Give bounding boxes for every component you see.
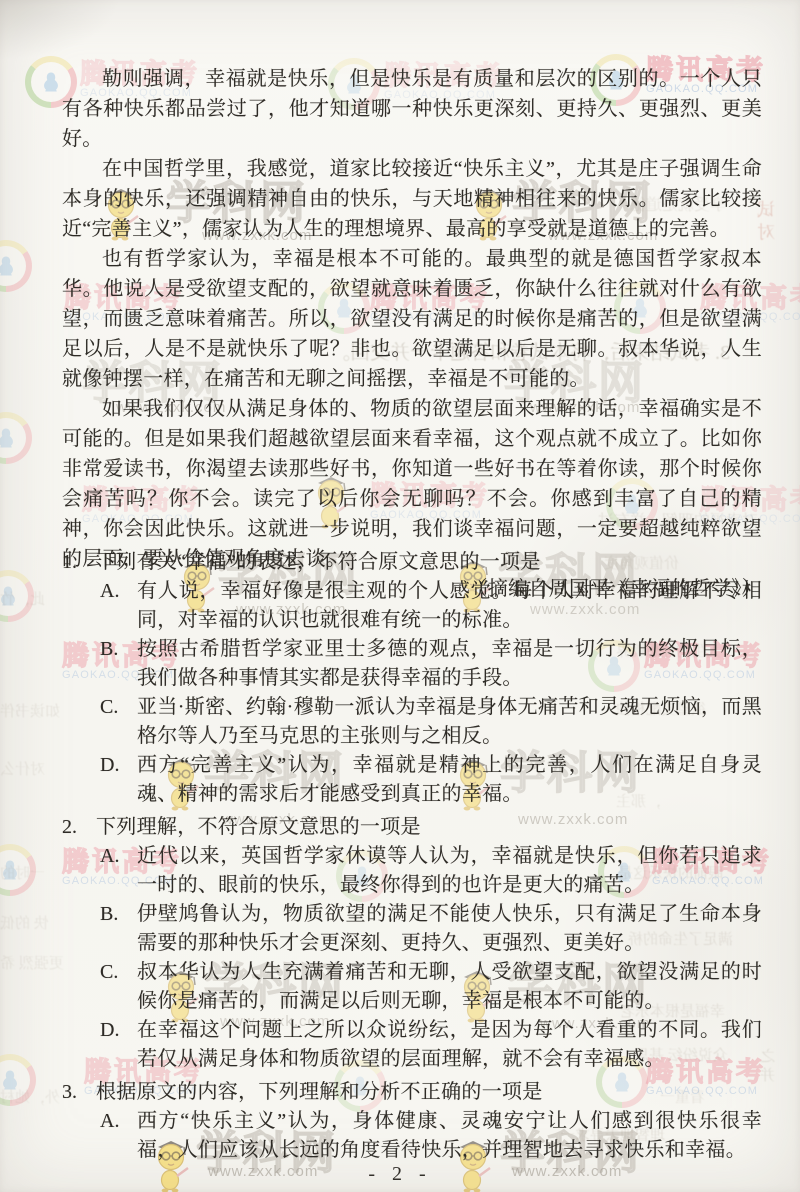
option-label: D. — [100, 1016, 137, 1074]
option-label: A. — [100, 842, 137, 900]
question-number: 1. — [62, 548, 96, 577]
question-stem: 根据原文的内容，下列理解和分析不正确的一项是 — [96, 1078, 762, 1107]
question-number: 2. — [62, 813, 96, 842]
bleed-through-text: 快 的低 — [0, 912, 49, 933]
passage-paragraph: 勒则强调，幸福就是快乐，但是快乐是有质量和层次的区别的。一个人只有各种快乐都品尝… — [62, 64, 762, 154]
passage-paragraph: 也有哲学家认为，幸福是根本不可能的。最典型的就是德国哲学家叔本华。他说人是受欲望… — [62, 244, 762, 394]
option-text: 有人说，幸福好像是很主观的个人感觉。每个人对幸福的理解不尽相同，对幸福的认识也就… — [137, 577, 762, 635]
answer-option: B.按照古希腊哲学家亚里士多德的观点，幸福是一切行为的终极目标，我们做各种事情其… — [100, 635, 762, 693]
passage-paragraph: 如果我们仅仅从满足身体的、物质的欲望层面来理解的话，幸福确实是不可能的。但是如果… — [62, 394, 762, 574]
answer-option: C.叔本华认为人生充满着痛苦和无聊，人受欲望支配，欲望没满足的时候你是痛苦的，而… — [100, 958, 762, 1016]
bleed-through-text: 此，竹 — [0, 588, 45, 609]
qq-penguin-logo-icon — [0, 570, 34, 622]
option-label: C. — [100, 958, 137, 1016]
question-number: 3. — [62, 1078, 96, 1107]
answer-option: A.有人说，幸福好像是很主观的个人感觉。每个人对幸福的理解不尽相同，对幸福的认识… — [100, 577, 762, 635]
bleed-through-text: 对什么 — [0, 758, 45, 779]
option-label: B. — [100, 635, 137, 693]
option-text: 西方“完善主义”认为，幸福就是精神上的完善，人们在满足自身灵魂、精神的需求后才能… — [137, 751, 762, 809]
qq-penguin-logo-icon — [0, 240, 32, 292]
question-stem: 下列有关“幸福”的表述，不符合原文意思的一项是 — [96, 548, 762, 577]
question: 1.下列有关“幸福”的表述，不符合原文意思的一项是A.有人说，幸福好像是很主观的… — [62, 548, 762, 809]
option-text: 近代以来，英国哲学家休谟等人认为，幸福就是快乐，但你若只追求一时的、眼前的快乐，… — [137, 842, 762, 900]
option-text: 叔本华认为人生充满着痛苦和无聊，人受欲望支配，欲望没满足的时候你是痛苦的，而满足… — [137, 958, 762, 1016]
passage: 勒则强调，幸福就是快乐，但是快乐是有质量和层次的区别的。一个人只有各种快乐都品尝… — [62, 64, 762, 604]
bleed-through-text: 如读书伴 — [0, 700, 60, 721]
answer-option: C.亚当·斯密、约翰·穆勒一派认为幸福是身体无痛苦和灵魂无烦恼，而黑格尔等人乃至… — [100, 693, 762, 751]
question-stem-row: 3.根据原文的内容，下列理解和分析不正确的一项是 — [62, 1078, 762, 1107]
bleed-through-text: 一时的 — [0, 862, 45, 883]
question-stem: 下列理解，不符合原文意思的一项是 — [96, 813, 762, 842]
option-label: B. — [100, 900, 137, 958]
option-label: C. — [100, 693, 137, 751]
question-stem-row: 2.下列理解，不符合原文意思的一项是 — [62, 813, 762, 842]
option-text: 亚当·斯密、约翰·穆勒一派认为幸福是身体无痛苦和灵魂无烦恼，而黑格尔等人乃至马克… — [137, 693, 762, 751]
qq-penguin-logo-icon — [0, 412, 32, 464]
option-label: A. — [100, 1107, 137, 1165]
answer-option: A.近代以来，英国哲学家休谟等人认为，幸福就是快乐，但你若只追求一时的、眼前的快… — [100, 842, 762, 900]
question-stem-row: 1.下列有关“幸福”的表述，不符合原文意思的一项是 — [62, 548, 762, 577]
answer-option: A.西方“快乐主义”认为，身体健康、灵魂安宁让人们感到很快乐很幸福，人们应该从长… — [100, 1107, 762, 1165]
qq-penguin-logo-icon — [0, 844, 36, 896]
option-label: D. — [100, 751, 137, 809]
option-text: 在幸福这个问题上之所以众说纷纭，是因为每个人看重的不同。我们若仅从满足身体和物质… — [137, 1016, 762, 1074]
bleed-through-text: 更强烈 希 — [0, 952, 64, 973]
passage-paragraph: 在中国哲学里，我感觉，道家比较接近“快乐主义”，尤其是庄子强调生命本身的快乐，还… — [62, 154, 762, 244]
bleed-through-text: 外，她村 — [0, 1086, 60, 1107]
answer-option: D.在幸福这个问题上之所以众说纷纭，是因为每个人看重的不同。我们若仅从满足身体和… — [100, 1016, 762, 1074]
option-label: A. — [100, 577, 137, 635]
option-text: 西方“快乐主义”认为，身体健康、灵魂安宁让人们感到很快乐很幸福，人们应该从长远的… — [137, 1107, 762, 1165]
question: 2.下列理解，不符合原文意思的一项是A.近代以来，英国哲学家休谟等人认为，幸福就… — [62, 813, 762, 1074]
page-number: - 2 - — [0, 1163, 800, 1186]
answer-option: D.西方“完善主义”认为，幸福就是精神上的完善，人们在满足自身灵魂、精神的需求后… — [100, 751, 762, 809]
answer-option: B.伊壁鸠鲁认为，物质欲望的满足不能使人快乐，只有满足了生命本身需要的那种快乐才… — [100, 900, 762, 958]
option-text: 按照古希腊哲学家亚里士多德的观点，幸福是一切行为的终极目标，我们做各种事情其实都… — [137, 635, 762, 693]
qq-penguin-logo-icon — [0, 1054, 36, 1106]
option-text: 伊壁鸠鲁认为，物质欲望的满足不能使人快乐，只有满足了生命本身需要的那种快乐才会更… — [137, 900, 762, 958]
question: 3.根据原文的内容，下列理解和分析不正确的一项是A.西方“快乐主义”认为，身体健… — [62, 1078, 762, 1165]
scan-smudge — [0, 0, 120, 60]
scanned-exam-page: 腾讯高考GAOKAO.QQ.COM腾讯高考GAOKAO.QQ.COM腾讯高考GA… — [0, 0, 800, 1192]
question-section: 1.下列有关“幸福”的表述，不符合原文意思的一项是A.有人说，幸福好像是很主观的… — [62, 548, 762, 1169]
